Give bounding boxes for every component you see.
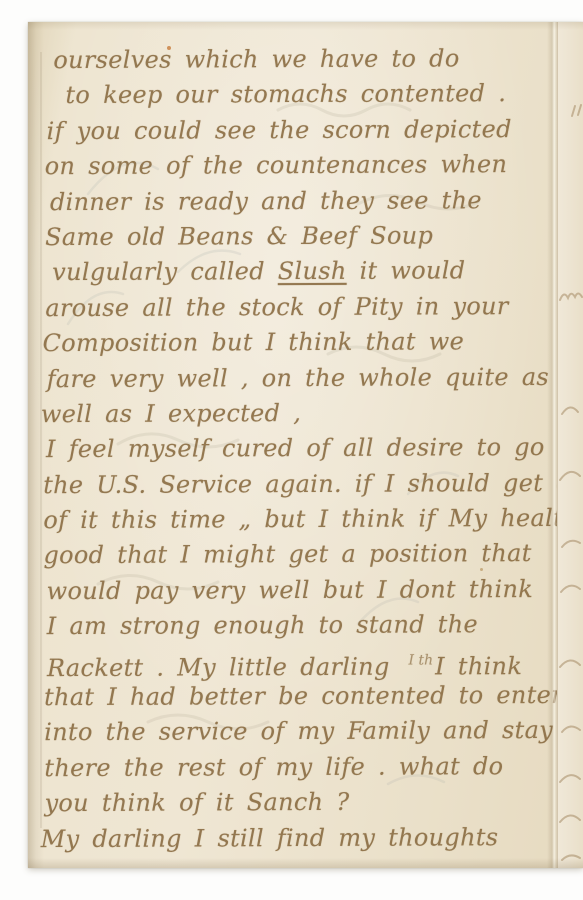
letter-line: arouse all the stock of Pity in your <box>45 289 582 327</box>
letter-line: good that I might get a position that <box>43 536 583 574</box>
adjacent-page-ink-marks <box>558 22 583 868</box>
letter-line: into the service of my Family and stay <box>44 713 583 751</box>
letter-line: fare very well , on the whole quite as <box>47 359 583 397</box>
letter-line: Same old Beans & Beef Soup <box>45 218 582 256</box>
letter-line: dinner is ready and they see the <box>50 182 582 220</box>
letter-line: vulgularly called Slush it would <box>52 253 582 291</box>
letter-page: ourselves which we have to do to keep ou… <box>28 22 583 868</box>
page-fold-crease <box>547 22 557 868</box>
line-segment: I think <box>435 652 522 680</box>
letter-line: Composition but I think that we <box>42 324 582 362</box>
letter-line: well as I expected , <box>41 395 583 433</box>
letter-line: there the rest of my life . what do <box>44 749 583 787</box>
letter-line: Rackett . My little darling I thI think <box>47 642 583 680</box>
paper-speck <box>167 46 171 50</box>
letter-line: if you could see the scorn depicted <box>47 112 582 150</box>
letter-line: that I had better be contented to enter <box>44 678 583 716</box>
page-bottom-edge-shadow <box>28 858 583 868</box>
letter-line: to keep our stomachs contented . <box>65 76 581 114</box>
letter-line: I am strong enough to stand the <box>47 607 583 645</box>
line-segment: Rackett . My little darling <box>47 652 403 682</box>
letter-line: My darling I still find my thoughts <box>41 819 583 857</box>
line-segment: vulgularly called <box>52 257 278 286</box>
letter-line: I feel myself cured of all desire to go … <box>46 430 583 468</box>
adjacent-page-edge <box>557 22 583 868</box>
letter-line: ourselves which we have to do <box>53 41 581 79</box>
letter-line: would pay very well but I dont think <box>47 572 583 610</box>
page-left-crease <box>40 52 42 828</box>
letter-line: on some of the countenances when <box>45 147 582 185</box>
scanned-letter-photo: ourselves which we have to do to keep ou… <box>0 0 583 900</box>
letter-line: the U.S. Service again. if I should get … <box>43 465 583 503</box>
letter-body: ourselves which we have to do to keep ou… <box>28 41 583 857</box>
paper-speck <box>480 568 483 571</box>
letter-line: you think of it Sanch ? <box>44 784 583 822</box>
inserted-superscript: I th <box>408 643 433 679</box>
page-top-edge-shadow <box>28 22 583 30</box>
letter-line: of it this time „ but I think if My heal… <box>43 501 583 539</box>
line-segment: it would <box>347 257 466 286</box>
underlined-word-slush: Slush <box>278 257 347 285</box>
